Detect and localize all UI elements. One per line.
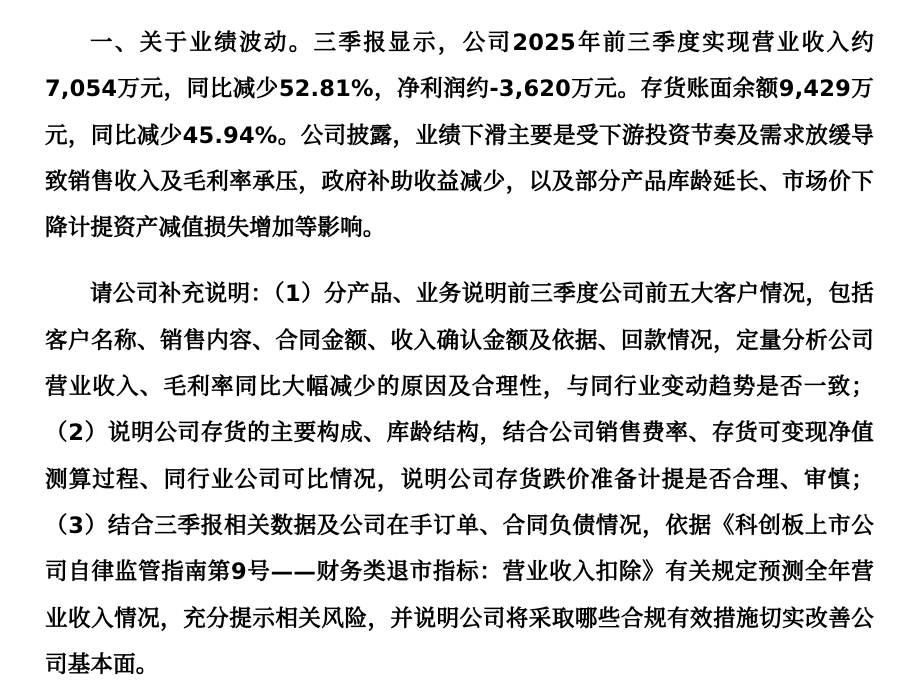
paragraph-performance-fluctuation: 一、关于业绩波动。三季报显示，公司2025年前三季度实现营业收入约7,054万元…	[45, 20, 874, 251]
document-body: 一、关于业绩波动。三季报显示，公司2025年前三季度实现营业收入约7,054万元…	[45, 20, 874, 688]
paragraph-supplementary-request: 请公司补充说明：（1）分产品、业务说明前三季度公司前五大客户情况，包括客户名称、…	[45, 271, 874, 688]
